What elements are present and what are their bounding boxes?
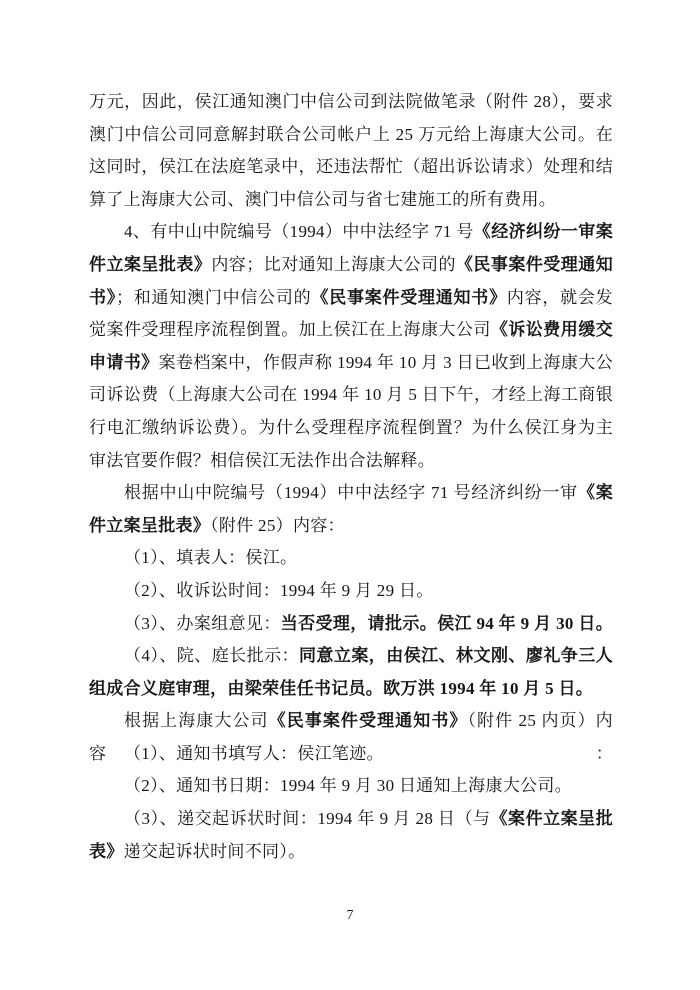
text-segment: 行电汇缴纳诉讼费）。为什么受理程序流程倒置？为什么侯江身为主 — [89, 418, 613, 437]
text-segment: 这同时，侯江在法庭笔录中，还违法帮忙（超出诉讼请求）处理和结 — [89, 157, 613, 176]
bold-text-segment: 表》 — [89, 842, 124, 861]
text-line: 表》递交起诉状时间不同）。 — [89, 836, 613, 869]
text-segment: 内容；比对通知上海康大公司的 — [211, 255, 456, 274]
text-line: （2）、收诉讼时间：1994 年 9 月 29 日。 — [89, 575, 613, 608]
text-segment: 算了上海康大公司、澳门中信公司与省七建施工的所有费用。 — [89, 190, 556, 209]
text-line: 算了上海康大公司、澳门中信公司与省七建施工的所有费用。 — [89, 184, 613, 217]
text-line: 万元，因此，侯江通知澳门中信公司到法院做笔录（附件 28），要求 — [89, 86, 613, 119]
bold-text-segment: 同意立案，由侯江、林文刚、廖礼争三人 — [299, 646, 613, 665]
text-segment: （1）、填表人：侯江。 — [124, 548, 297, 567]
text-line: 澳门中信公司同意解封联合公司帐户上 25 万元给上海康大公司。在 — [89, 119, 613, 152]
text-line: （1）、填表人：侯江。 — [89, 542, 613, 575]
text-segment: 觉案件受理程序流程倒置。加上侯江在上海康大公司 — [89, 320, 491, 339]
bold-text-segment: 书》 — [89, 288, 116, 307]
text-line: （3）、办案组意见：当否受理，请批示。侯江 94 年 9 月 30 日。 — [89, 608, 613, 641]
bold-text-segment: 《案 — [578, 483, 613, 502]
text-segment: 司诉讼费（上海康大公司在 1994 年 10 月 5 日下午，才经上海工商银 — [89, 385, 613, 404]
document-body: 万元，因此，侯江通知澳门中信公司到法院做笔录（附件 28），要求澳门中信公司同意… — [89, 86, 613, 868]
text-line: （3）、递交起诉状时间：1994 年 9 月 28 日（与《案件立案呈批 — [89, 803, 613, 836]
text-line: 件立案呈批表》（附件 25）内容： — [89, 510, 613, 543]
text-segment: （3）、递交起诉状时间：1994 年 9 月 28 日（与 — [124, 809, 491, 828]
bold-text-segment: 《诉讼费用缓交 — [491, 320, 613, 339]
document-page: 万元，因此，侯江通知澳门中信公司到法院做笔录（附件 28），要求澳门中信公司同意… — [0, 0, 700, 990]
text-segment: （2）、收诉讼时间：1994 年 9 月 29 日。 — [124, 581, 434, 600]
bold-text-segment: 申请书》 — [89, 353, 159, 372]
bold-text-segment: 当否受理，请批示。侯江 94 年 9 月 30 日。 — [281, 614, 613, 633]
bold-text-segment: 《案件立案呈批 — [491, 809, 613, 828]
text-line: （2）、通知书日期：1994 年 9 月 30 日通知上海康大公司。 — [89, 770, 613, 803]
text-line: 觉案件受理程序流程倒置。加上侯江在上海康大公司《诉讼费用缓交 — [89, 314, 613, 347]
text-line: 件立案呈批表》内容；比对通知上海康大公司的《民事案件受理通知 — [89, 249, 613, 282]
text-segment: 根据上海康大公司 — [124, 711, 269, 730]
text-segment: （2）、通知书日期：1994 年 9 月 30 日通知上海康大公司。 — [124, 776, 572, 795]
text-line: 申请书》案卷档案中，作假声称 1994 年 10 月 3 日已收到上海康大公 — [89, 347, 613, 380]
text-line: 审法官要作假？相信侯江无法作出合法解释。 — [89, 445, 613, 478]
text-segment: 内容，就会发 — [507, 288, 613, 307]
text-segment: 审法官要作假？相信侯江无法作出合法解释。 — [89, 451, 435, 470]
text-segment: 澳门中信公司同意解封联合公司帐户上 25 万元给上海康大公司。在 — [89, 125, 613, 144]
text-line: （4）、院、庭长批示：同意立案，由侯江、林文刚、廖礼争三人 — [89, 640, 613, 673]
text-line: 司诉讼费（上海康大公司在 1994 年 10 月 5 日下午，才经上海工商银 — [89, 379, 613, 412]
bold-text-segment: 《民事案件受理通知书》 — [269, 711, 468, 730]
text-line: 这同时，侯江在法庭笔录中，还违法帮忙（超出诉讼请求）处理和结 — [89, 151, 613, 184]
text-line: 行电汇缴纳诉讼费）。为什么受理程序流程倒置？为什么侯江身为主 — [89, 412, 613, 445]
bold-text-segment: 件立案呈批表》 — [89, 516, 210, 535]
bold-text-segment: 组成合义庭审理，由梁荣佳任书记员。欧万洪 1994 年 10 月 5 日。 — [89, 679, 593, 698]
text-segment: 递交起诉状时间不同）。 — [124, 842, 306, 861]
bold-text-segment: 件立案呈批表》 — [89, 255, 211, 274]
text-segment: （3）、办案组意见： — [124, 614, 281, 633]
text-segment: 万元，因此，侯江通知澳门中信公司到法院做笔录（附件 28），要求 — [89, 92, 613, 111]
bold-text-segment: 《民事案件受理通知书》 — [311, 288, 506, 307]
text-line: 书》；和通知澳门中信公司的《民事案件受理通知书》内容，就会发 — [89, 282, 613, 315]
text-line: 根据上海康大公司《民事案件受理通知书》（附件 25 内页）内容： — [89, 705, 613, 738]
text-line: 4、有中山中院编号（1994）中中法经字 71 号《经济纠纷一审案 — [89, 216, 613, 249]
text-segment: （4）、院、庭长批示： — [124, 646, 299, 665]
text-segment: （附件 25）内容： — [210, 516, 345, 535]
bold-text-segment: 《民事案件受理通知 — [456, 255, 613, 274]
text-segment: 根据中山中院编号（1994）中中法经字 71 号经济纠纷一审 — [124, 483, 578, 502]
text-segment: 案卷档案中，作假声称 1994 年 10 月 3 日已收到上海康大公 — [159, 353, 613, 372]
bold-text-segment: 《经济纠纷一审案 — [474, 222, 613, 241]
text-segment: ；和通知澳门中信公司的 — [116, 288, 311, 307]
text-segment: 4、有中山中院编号（1994）中中法经字 71 号 — [124, 222, 474, 241]
text-segment: （1）、通知书填写人：侯江笔迹。 — [124, 744, 384, 763]
page-number: 7 — [0, 906, 700, 926]
text-line: 根据中山中院编号（1994）中中法经字 71 号经济纠纷一审《案 — [89, 477, 613, 510]
text-line: 组成合义庭审理，由梁荣佳任书记员。欧万洪 1994 年 10 月 5 日。 — [89, 673, 613, 706]
